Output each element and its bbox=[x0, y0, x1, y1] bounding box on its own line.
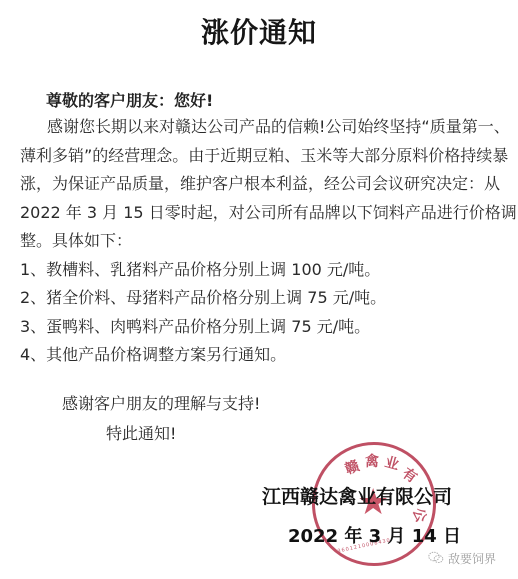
body-line: 2022 年 3 月 15 日零时起，对公司所有品牌以下饲料产品进行价格调 bbox=[20, 199, 500, 228]
stamp-arc-text: 赣 bbox=[342, 455, 362, 479]
company-name: 江西赣达禽业有限公司 bbox=[262, 482, 452, 509]
watermark: 敌要饲界 bbox=[428, 550, 496, 567]
thanks-line: 感谢客户朋友的理解与支持! bbox=[62, 391, 260, 414]
list-item: 4、其他产品价格调整方案另行通知。 bbox=[20, 341, 500, 370]
notice-body: 感谢您长期以来对赣达公司产品的信赖!公司始终坚持“质量第一、 薄利多销”的经营理… bbox=[20, 113, 500, 370]
wechat-icon bbox=[428, 551, 444, 567]
body-line: 感谢您长期以来对赣达公司产品的信赖!公司始终坚持“质量第一、 bbox=[20, 113, 500, 142]
stamp-arc-text: 禽 bbox=[365, 451, 379, 471]
closing-line: 特此通知! bbox=[106, 421, 176, 444]
signature-date: 2022 年 3 月 14 日 bbox=[288, 522, 461, 548]
body-line: 薄利多销”的经营理念。由于近期豆粕、玉米等大部分原料价格持续暴 bbox=[20, 142, 500, 171]
watermark-label: 敌要饲界 bbox=[448, 550, 496, 567]
body-line: 整。具体如下： bbox=[20, 227, 500, 256]
list-item: 2、猪全价料、母猪料产品价格分别上调 75 元/吨。 bbox=[20, 284, 500, 313]
list-item: 1、教槽料、乳猪料产品价格分别上调 100 元/吨。 bbox=[20, 256, 500, 285]
list-item: 3、蛋鸭料、肉鸭料产品价格分别上调 75 元/吨。 bbox=[20, 313, 500, 342]
stamp-arc-text: 业 bbox=[383, 452, 402, 475]
notice-title: 涨价通知 bbox=[0, 11, 518, 51]
body-line: 涨，为保证产品质量，维护客户根本利益，经公司会议研究决定：从 bbox=[20, 170, 500, 199]
greeting: 尊敬的客户朋友：您好! bbox=[46, 88, 213, 111]
